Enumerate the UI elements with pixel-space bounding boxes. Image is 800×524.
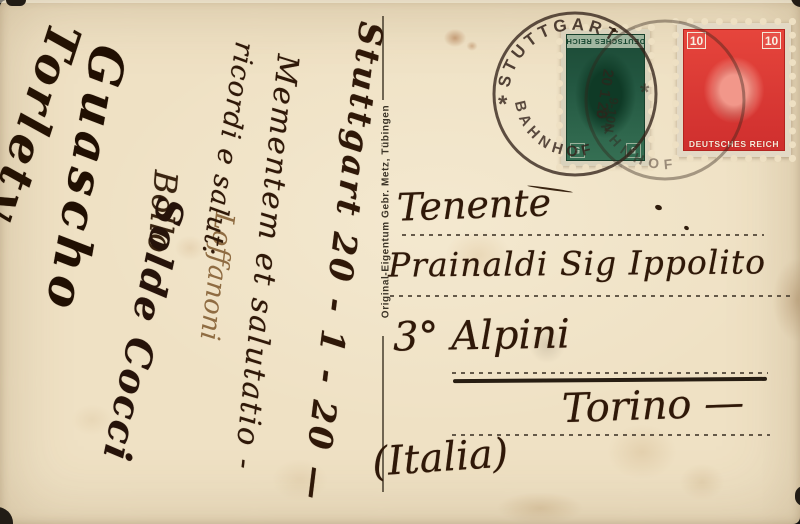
publisher-imprint: Original-Eigentum Gebr. Metz, Tübingen (381, 87, 396, 337)
postmark-star-icon: * (498, 91, 508, 118)
stamp-country-label: DEUTSCHES REICH (567, 35, 644, 48)
address-name: Prainaldi Sig Ippolito (388, 245, 766, 281)
address-line-rule (452, 372, 768, 374)
stamp-green-design: 5 5 DEUTSCHES REICH (566, 34, 645, 161)
signature: Solde Cocci (97, 194, 190, 466)
card-edge-notch (795, 486, 800, 506)
stamp-value: 5 (570, 143, 585, 158)
address-line-rule (390, 295, 790, 297)
message-dateline: Stuttgart 20 - 1 - 20 — (296, 20, 388, 504)
card-corner-wear (6, 0, 26, 6)
address-regiment: 3° Alpini (393, 314, 570, 357)
ink-dot (654, 204, 662, 211)
stamp-country-label: DEUTSCHES REICH (684, 137, 784, 150)
postcard-photo: Original-Eigentum Gebr. Metz, Tübingen T… (0, 0, 800, 524)
postcard-back: Original-Eigentum Gebr. Metz, Tübingen T… (0, 0, 800, 524)
address-rank: Tenente (396, 183, 551, 226)
card-corner-wear (791, 0, 800, 7)
address-country: (Italia) (371, 433, 510, 482)
card-edge-highlight (0, 0, 800, 3)
stamp-germania-red-10: 10 10 DEUTSCHES REICH (677, 23, 791, 157)
stamp-red-design: 10 10 DEUTSCHES REICH (683, 29, 785, 151)
ink-dot (612, 28, 616, 32)
stamp-figure-art (684, 49, 784, 137)
stamp-value: 10 (687, 32, 706, 49)
card-corner-wear (0, 507, 13, 524)
address-city: Torino — (561, 383, 744, 429)
stamp-germania-green-inverted: 5 5 DEUTSCHES REICH (561, 29, 650, 166)
ink-dot (683, 225, 689, 231)
stamp-value: 5 (626, 143, 641, 158)
address-line-rule (402, 234, 764, 236)
message-greeting-italian: ricordi e salut: (197, 40, 258, 258)
stamp-figure-art (567, 48, 644, 143)
stamp-value: 10 (762, 32, 781, 49)
